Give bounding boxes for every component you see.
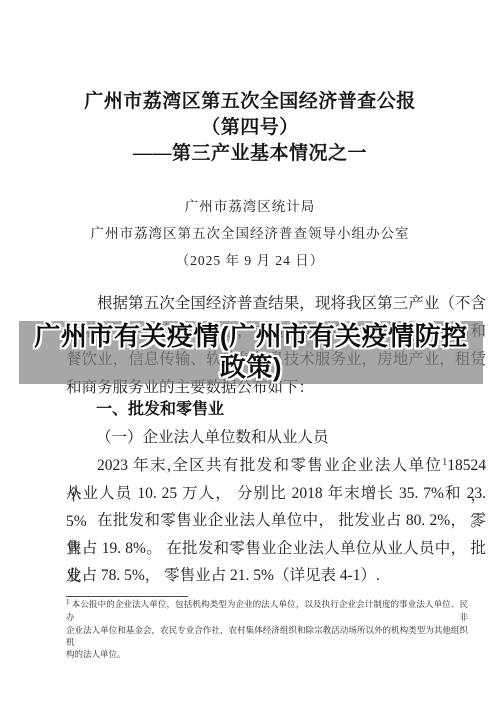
footnote-line-3: 构的法人单位。 bbox=[66, 648, 468, 660]
org-line-2: 广州市荔湾区第五次全国经济普查领导小组办公室 bbox=[0, 220, 500, 247]
document-page: 广州市荔湾区第五次全国经济普查公报 （第四号） ——第三产业基本情况之一 广州市… bbox=[0, 0, 500, 707]
section-heading: 一、批发和零售业 bbox=[66, 396, 500, 424]
footnote-line-2: 企业法人单位和基金会，农民专业合作社，农村集体经济组织和除宗教活动场所以外的机构… bbox=[66, 624, 468, 649]
subsection-heading: （一）企业法人单位数和从业人员 bbox=[66, 424, 500, 452]
title-line-3: ——第三产业基本情况之一 bbox=[0, 141, 500, 167]
footnote-line-1-text: 本公报中的企业法人单位，包括机构类型为企业的法人单位，以及执行企业会计制度的事业… bbox=[66, 599, 468, 622]
footnote-line-1: 1 本公报中的企业法人单位，包括机构类型为企业的法人单位，以及执行企业会计制度的… bbox=[66, 598, 468, 624]
footnote-ref-superscript: 1 bbox=[442, 457, 447, 468]
title-line-1: 广州市荔湾区第五次全国经济普查公报 bbox=[0, 89, 500, 115]
publish-date: （2025 年 9 月 24 日） bbox=[0, 247, 500, 274]
paragraph-1-line-1: 根据第五次全国经济普查结果，现将我区第三产业（不含 bbox=[66, 290, 486, 318]
document-title: 广州市荔湾区第五次全国经济普查公报 （第四号） ——第三产业基本情况之一 bbox=[0, 89, 500, 167]
org-line-1: 广州市荔湾区统计局 bbox=[0, 193, 500, 220]
overlay-headline-line-1: 广州市有关疫情(广州市有关疫情防控 bbox=[34, 321, 467, 352]
issuing-orgs: 广州市荔湾区统计局 广州市荔湾区第五次全国经济普查领导小组办公室 （2025 年… bbox=[0, 193, 500, 274]
overlay-headline-line-2: 政策) bbox=[220, 352, 282, 383]
footnote: 1 本公报中的企业法人单位，包括机构类型为企业的法人单位，以及执行企业会计制度的… bbox=[66, 598, 468, 660]
title-line-2: （第四号） bbox=[0, 115, 500, 141]
footnote-divider bbox=[66, 596, 188, 597]
p2l1-text: 2023 年末,全区共有批发和零售业企业法人单位 bbox=[97, 457, 442, 474]
overlay-headline: 广州市有关疫情(广州市有关疫情防控 政策) bbox=[19, 319, 483, 385]
footnote-number: 1 bbox=[66, 598, 70, 606]
paragraph-3-line-3: 业占 78. 5%， 零售业占 21. 5%（详见表 4-1）. bbox=[66, 562, 486, 590]
